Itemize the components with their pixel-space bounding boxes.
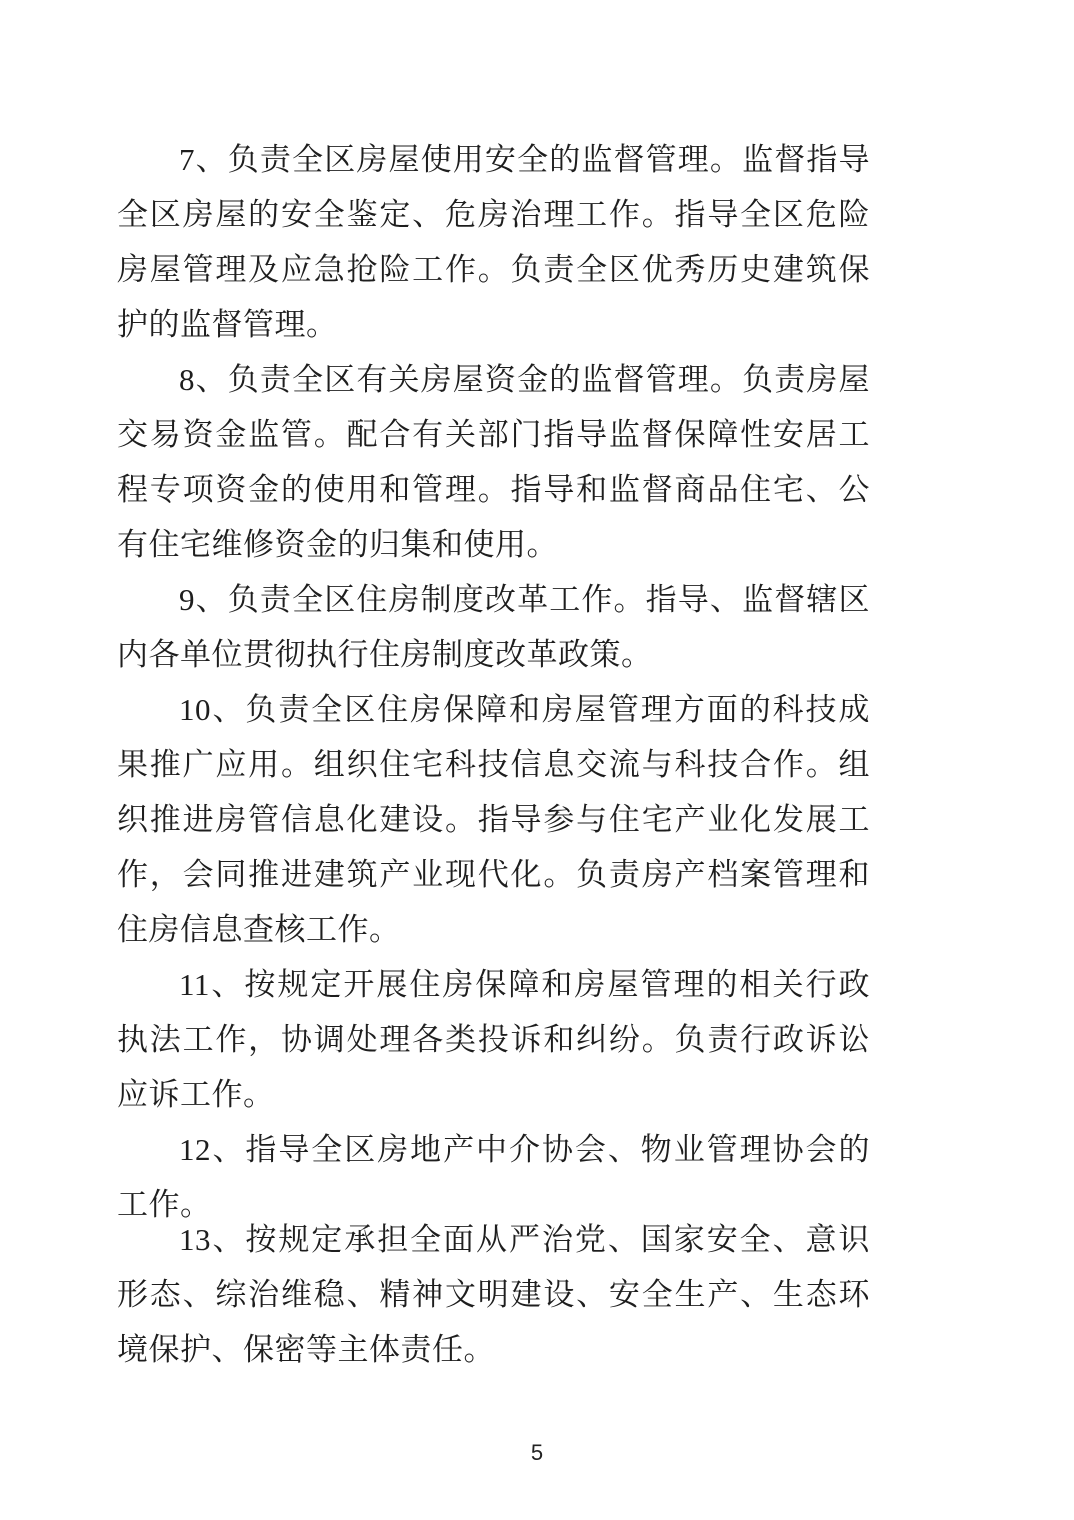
- page-footer: 5: [0, 1438, 1074, 1468]
- page-number: 5: [531, 1440, 543, 1465]
- document-body: 7、负责全区房屋使用安全的监督管理。监督指导全区房屋的安全鉴定、危房治理工作。指…: [117, 132, 870, 1377]
- paragraph-8: 8、负责全区有关房屋资金的监督管理。负责房屋交易资金监管。配合有关部门指导监督保…: [117, 352, 870, 572]
- paragraph-13: 13、按规定承担全面从严治党、国家安全、意识形态、综治维稳、精神文明建设、安全生…: [117, 1212, 870, 1377]
- paragraph-11: 11、按规定开展住房保障和房屋管理的相关行政执法工作，协调处理各类投诉和纠纷。负…: [117, 957, 870, 1122]
- paragraph-7: 7、负责全区房屋使用安全的监督管理。监督指导全区房屋的安全鉴定、危房治理工作。指…: [117, 132, 870, 352]
- paragraph-10: 10、负责全区住房保障和房屋管理方面的科技成果推广应用。组织住宅科技信息交流与科…: [117, 682, 870, 957]
- paragraph-9: 9、负责全区住房制度改革工作。指导、监督辖区内各单位贯彻执行住房制度改革政策。: [117, 572, 870, 682]
- document-page: 7、负责全区房屋使用安全的监督管理。监督指导全区房屋的安全鉴定、危房治理工作。指…: [0, 0, 1074, 1520]
